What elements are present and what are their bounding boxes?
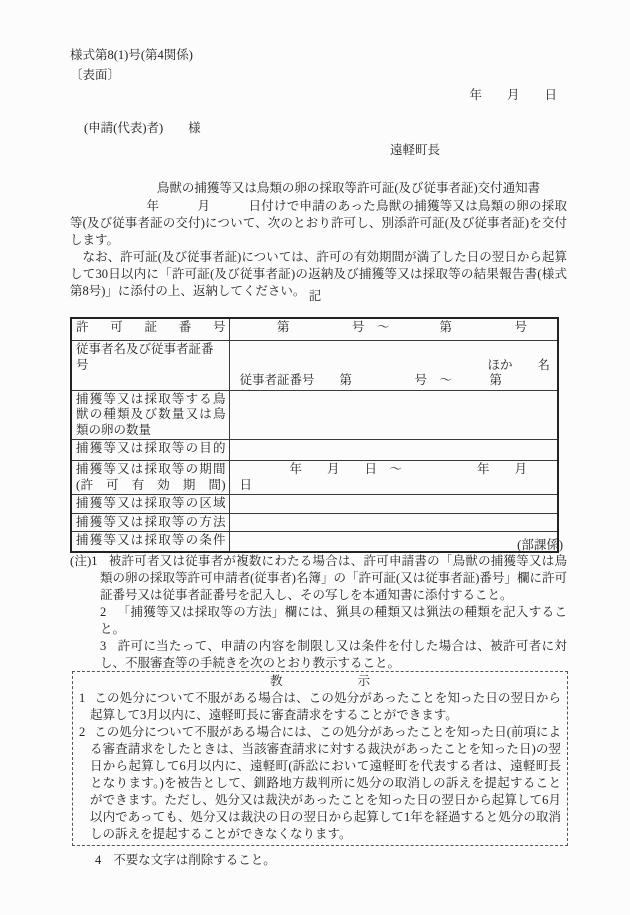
table-row-period: 捕獲等又は採取等の期間 (許 可 有 効 期 間) 年 月 日 ～ 年 月 日 bbox=[71, 461, 558, 495]
note-2-number: 2 bbox=[100, 605, 106, 619]
row-label-permit-number: 許 可 証 番 号 bbox=[71, 318, 229, 341]
row-label-period-line2: (許 可 有 効 期 間) bbox=[76, 478, 226, 494]
note-2: 2「捕獲等又は採取等の方法」欄には、猟具の種類又は猟法の種類を記入すること。 bbox=[70, 604, 567, 638]
row-label-species: 捕獲等又は採取等する鳥獣の種類及び数量又は鳥類の卵の数量 bbox=[71, 390, 229, 440]
table-row-purpose: 捕獲等又は採取等の目的 bbox=[71, 440, 558, 461]
issue-date-line: 年 月 日 bbox=[469, 87, 557, 104]
note-3-number: 3 bbox=[100, 639, 106, 653]
worker-others-count: ほか 名 bbox=[240, 358, 555, 374]
note-4-number: 4 bbox=[95, 853, 101, 867]
table-row-permit-number: 許 可 証 番 号 第 号 ～ 第 号 bbox=[71, 318, 558, 341]
side-label: 〔表面〕 bbox=[70, 67, 120, 84]
note-1-number: (注)1 bbox=[70, 554, 98, 568]
body-paragraph-1: 年 月 日付けで申請のあった鳥獣の捕獲等又は鳥類の卵の採取等(及び従事者証の交付… bbox=[70, 198, 567, 249]
form-number: 様式第8(1)号(第4関係) bbox=[70, 47, 193, 64]
mayor-signature: 遠軽町長 bbox=[390, 142, 440, 159]
instruction-item-2-text: この処分について不服がある場合には、この処分があったことを知った日(前項による審… bbox=[90, 725, 561, 841]
row-label-area: 捕獲等又は採取等の区域 bbox=[71, 495, 229, 514]
row-value-conditions bbox=[229, 532, 558, 553]
department-section-label: (部課係) bbox=[517, 537, 563, 554]
row-value-permit-number: 第 号 ～ 第 号 bbox=[229, 318, 558, 341]
form-page: 様式第8(1)号(第4関係) 〔表面〕 年 月 日 (申請(代表)者) 様 遠軽… bbox=[0, 0, 630, 915]
row-value-purpose bbox=[229, 440, 558, 461]
row-label-worker: 従事者名及び従事者証番号 bbox=[71, 341, 229, 391]
permit-table: 許 可 証 番 号 第 号 ～ 第 号 従事者名及び従事者証番号 ほか 名 従事… bbox=[70, 317, 559, 553]
table-row-area: 捕獲等又は採取等の区域 bbox=[71, 495, 558, 514]
worker-name-blank bbox=[240, 342, 555, 358]
row-value-worker: ほか 名 従事者証番号 第 号 ～ 第 号 bbox=[229, 341, 558, 391]
note-3: 3許可に当たって、申請の内容を制限し又は条件を付した場合は、被許可者に対し、不服… bbox=[70, 638, 567, 672]
row-value-species bbox=[229, 390, 558, 440]
table-row-method: 捕獲等又は採取等の方法 bbox=[71, 513, 558, 532]
row-label-period: 捕獲等又は採取等の期間 (許 可 有 効 期 間) bbox=[71, 461, 229, 495]
instruction-item-1-text: この処分について不服がある場合は、この処分があったことを知った日の翌日から起算し… bbox=[90, 691, 561, 722]
worker-cert-number: 従事者証番号 第 号 ～ 第 号 bbox=[240, 373, 555, 389]
note-1: (注)1被許可者又は従事者が複数にわたる場合は、許可申請書の「鳥獣の捕獲等又は鳥… bbox=[70, 553, 567, 604]
body-text: 年 月 日付けで申請のあった鳥獣の捕獲等又は鳥類の卵の採取等(及び従事者証の交付… bbox=[70, 198, 567, 300]
document-title: 鳥獣の捕獲等又は鳥類の卵の採取等許可証(及び従事者証)交付通知書 bbox=[70, 180, 627, 197]
table-row-species: 捕獲等又は採取等する鳥獣の種類及び数量又は鳥類の卵の数量 bbox=[71, 390, 558, 440]
note-1-text: 被許可者又は従事者が複数にわたる場合は、許可申請書の「鳥獣の捕獲等又は鳥類の卵の… bbox=[100, 554, 567, 602]
table-row-conditions: 捕獲等又は採取等の条件 bbox=[71, 532, 558, 553]
row-label-method: 捕獲等又は採取等の方法 bbox=[71, 513, 229, 532]
applicant-addressee: (申請(代表)者) 様 bbox=[84, 120, 201, 137]
instruction-box: 教 示 1この処分について不服がある場合は、この処分があったことを知った日の翌日… bbox=[72, 671, 568, 846]
note-2-text: 「捕獲等又は採取等の方法」欄には、猟具の種類又は猟法の種類を記入すること。 bbox=[100, 605, 567, 636]
instruction-item-1: 1この処分について不服がある場合は、この処分があったことを知った日の翌日から起算… bbox=[79, 690, 561, 724]
row-value-area bbox=[229, 495, 558, 514]
instruction-item-1-number: 1 bbox=[79, 691, 85, 705]
row-label-purpose: 捕獲等又は採取等の目的 bbox=[71, 440, 229, 461]
instruction-item-2-number: 2 bbox=[79, 725, 85, 739]
note-4: 4不要な文字は削除すること。 bbox=[95, 852, 276, 869]
instruction-item-2: 2この処分について不服がある場合には、この処分があったことを知った日(前項による… bbox=[79, 724, 561, 843]
note-3-text: 許可に当たって、申請の内容を制限し又は条件を付した場合は、被許可者に対し、不服審… bbox=[100, 639, 567, 670]
record-heading: 記 bbox=[0, 288, 630, 305]
row-value-method bbox=[229, 513, 558, 532]
row-label-period-line1: 捕獲等又は採取等の期間 bbox=[76, 462, 226, 478]
row-value-period: 年 月 日 ～ 年 月 日 bbox=[229, 461, 558, 495]
notes-section: (注)1被許可者又は従事者が複数にわたる場合は、許可申請書の「鳥獣の捕獲等又は鳥… bbox=[70, 553, 567, 672]
instruction-box-title: 教 示 bbox=[79, 673, 561, 690]
table-row-worker: 従事者名及び従事者証番号 ほか 名 従事者証番号 第 号 ～ 第 号 bbox=[71, 341, 558, 391]
row-label-conditions: 捕獲等又は採取等の条件 bbox=[71, 532, 229, 553]
note-4-text: 不要な文字は削除すること。 bbox=[113, 853, 276, 867]
